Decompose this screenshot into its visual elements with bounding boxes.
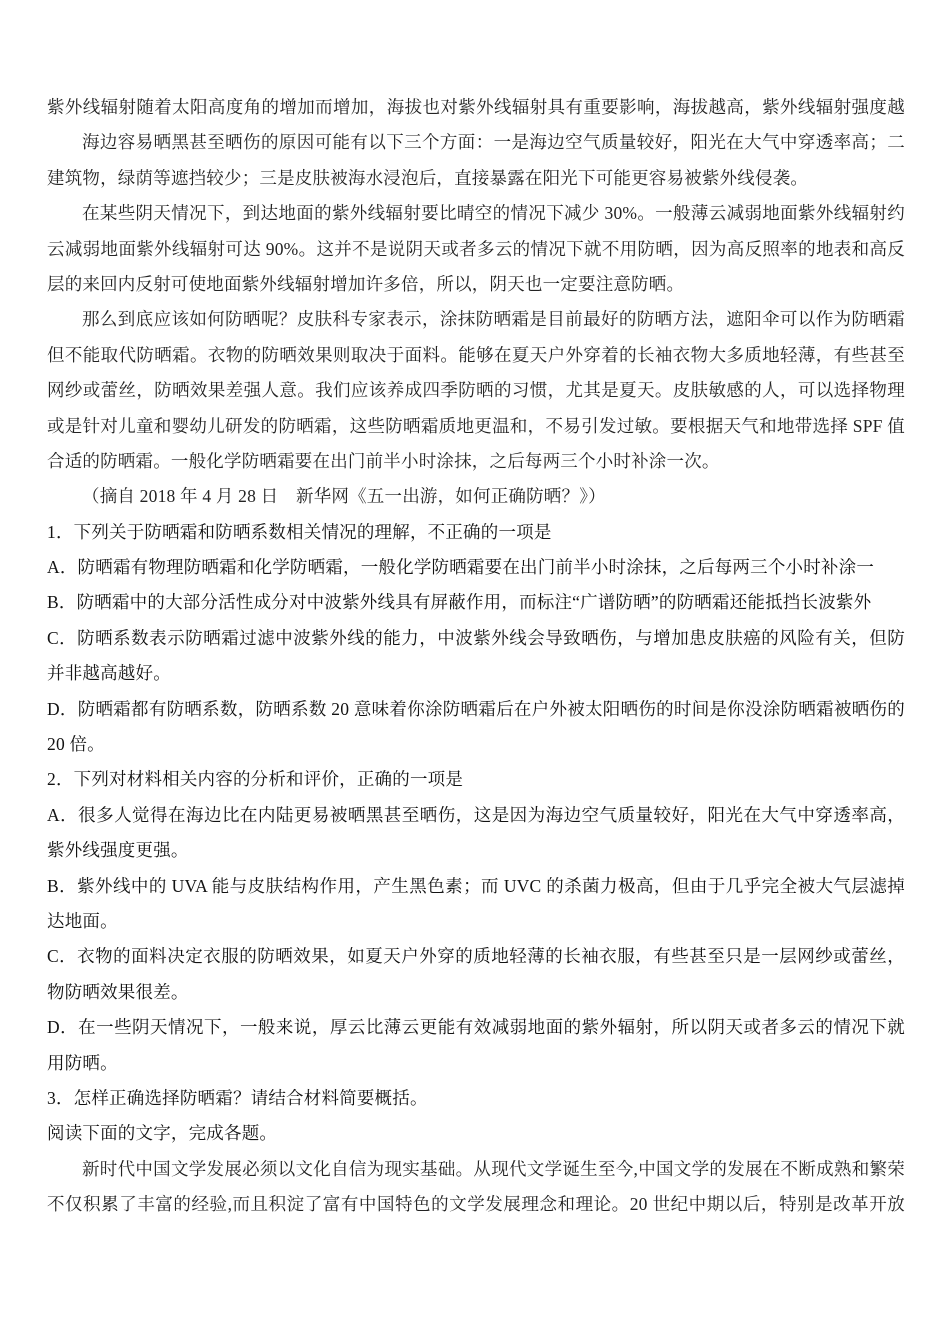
text-line: 但不能取代防晒霜。衣物的防晒效果则取决于面料。能够在夏天户外穿着的长袖衣物大多质… bbox=[47, 338, 905, 373]
text-line: 建筑物，绿荫等遮挡较少；三是皮肤被海水浸泡后，直接暴露在阳光下可能更容易被紫外线… bbox=[47, 161, 905, 196]
text-line: 或是针对儿童和婴幼儿研发的防晒霜，这些防晒霜质地更温和，不易引发过敏。要根据天气… bbox=[47, 409, 905, 444]
text-line: A．很多人觉得在海边比在内陆更易被晒黑甚至晒伤，这是因为海边空气质量较好，阳光在… bbox=[47, 798, 905, 833]
text-line: 物防晒效果很差。 bbox=[47, 975, 905, 1010]
text-line: 那么到底应该如何防晒呢？皮肤科专家表示，涂抹防晒霜是目前最好的防晒方法，遮阳伞可… bbox=[47, 302, 905, 337]
text-line: 层的来回内反射可使地面紫外线辐射增加许多倍，所以，阴天也一定要注意防晒。 bbox=[47, 267, 905, 302]
text-line: 合适的防晒霜。一般化学防晒霜要在出门前半小时涂抹，之后每两三个小时补涂一次。 bbox=[47, 444, 905, 479]
text-line: D．在一些阴天情况下，一般来说，厚云比薄云更能有效减弱地面的紫外辐射，所以阴天或… bbox=[47, 1010, 905, 1045]
text-line: 在某些阴天情况下，到达地面的紫外线辐射要比晴空的情况下减少 30%。一般薄云减弱… bbox=[47, 196, 905, 231]
text-line: B．紫外线中的 UVA 能与皮肤结构作用，产生黑色素；而 UVC 的杀菌力极高，… bbox=[47, 869, 905, 904]
text-line: 用防晒。 bbox=[47, 1046, 905, 1081]
text-line: 紫外线强度更强。 bbox=[47, 833, 905, 868]
text-line: （摘自 2018 年 4 月 28 日 新华网《五一出游，如何正确防晒？》） bbox=[47, 479, 905, 514]
text-line: C．衣物的面料决定衣服的防晒效果，如夏天户外穿的质地轻薄的长袖衣服，有些甚至只是… bbox=[47, 939, 905, 974]
text-line: 紫外线辐射随着太阳高度角的增加而增加，海拔也对紫外线辐射具有重要影响，海拔越高，… bbox=[47, 90, 905, 125]
text-block: 紫外线辐射随着太阳高度角的增加而增加，海拔也对紫外线辐射具有重要影响，海拔越高，… bbox=[47, 90, 905, 1223]
text-line: C．防晒系数表示防晒霜过滤中波紫外线的能力，中波紫外线会导致晒伤，与增加患皮肤癌… bbox=[47, 621, 905, 656]
text-line: 20 倍。 bbox=[47, 727, 905, 762]
text-line: 2．下列对材料相关内容的分析和评价，正确的一项是 bbox=[47, 762, 905, 797]
text-line: 网纱或蕾丝，防晒效果差强人意。我们应该养成四季防晒的习惯，尤其是夏天。皮肤敏感的… bbox=[47, 373, 905, 408]
text-line: D．防晒霜都有防晒系数，防晒系数 20 意味着你涂防晒霜后在户外被太阳晒伤的时间… bbox=[47, 692, 905, 727]
document-page: 紫外线辐射随着太阳高度角的增加而增加，海拔也对紫外线辐射具有重要影响，海拔越高，… bbox=[0, 0, 950, 1344]
text-line: 不仅积累了丰富的经验,而且积淀了富有中国特色的文学发展理念和理论。20 世纪中期… bbox=[47, 1187, 905, 1222]
text-line: 阅读下面的文字，完成各题。 bbox=[47, 1116, 905, 1151]
text-line: 3．怎样正确选择防晒霜？请结合材料简要概括。 bbox=[47, 1081, 905, 1116]
text-line: 海边容易晒黑甚至晒伤的原因可能有以下三个方面：一是海边空气质量较好，阳光在大气中… bbox=[47, 125, 905, 160]
text-line: 并非越高越好。 bbox=[47, 656, 905, 691]
text-line: A．防晒霜有物理防晒霜和化学防晒霜，一般化学防晒霜要在出门前半小时涂抹，之后每两… bbox=[47, 550, 905, 585]
text-line: 云减弱地面紫外线辐射可达 90%。这并不是说阴天或者多云的情况下就不用防晒，因为… bbox=[47, 232, 905, 267]
text-line: 新时代中国文学发展必须以文化自信为现实基础。从现代文学诞生至今,中国文学的发展在… bbox=[47, 1152, 905, 1187]
text-line: 1．下列关于防晒霜和防晒系数相关情况的理解，不正确的一项是 bbox=[47, 515, 905, 550]
text-line: 达地面。 bbox=[47, 904, 905, 939]
text-line: B．防晒霜中的大部分活性成分对中波紫外线具有屏蔽作用，而标注“广谱防晒”的防晒霜… bbox=[47, 585, 905, 620]
